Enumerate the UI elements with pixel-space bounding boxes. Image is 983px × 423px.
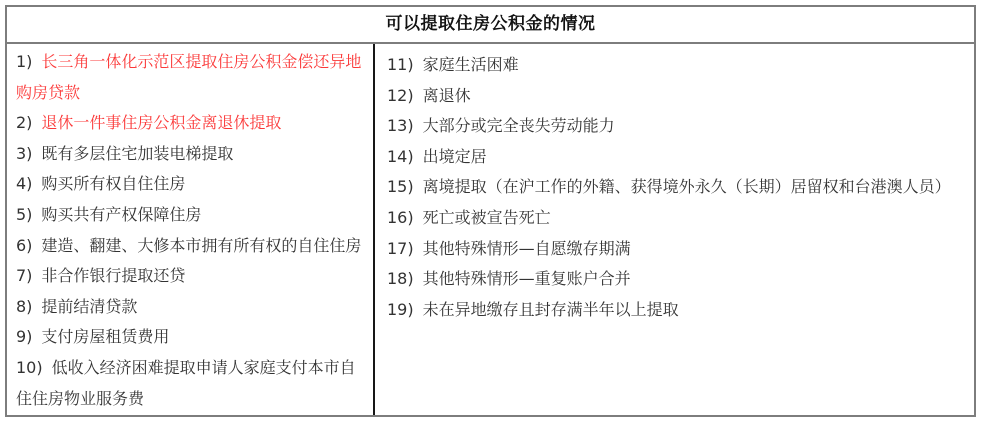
item-text: 长三角一体化示范区提取住房公积金偿还异地购房贷款 <box>16 52 361 102</box>
item-number: 13) <box>387 116 414 135</box>
list-item-8: 8)提前结清贷款 <box>16 292 365 323</box>
item-number: 10) <box>16 358 43 377</box>
list-item-5: 5)购买共有产权保障住房 <box>16 200 365 231</box>
right-column: 11)家庭生活困难 12)离退休 13)大部分或完全丧失劳动能力 14)出境定居… <box>375 44 974 415</box>
item-number: 2) <box>16 113 32 132</box>
list-item-11: 11)家庭生活困难 <box>387 50 964 81</box>
item-number: 14) <box>387 147 414 166</box>
item-number: 11) <box>387 55 414 74</box>
item-text: 出境定居 <box>423 147 487 166</box>
item-number: 3) <box>16 144 32 163</box>
item-number: 18) <box>387 269 414 288</box>
item-text: 退休一件事住房公积金离退休提取 <box>41 113 281 132</box>
item-number: 17) <box>387 239 414 258</box>
item-text: 离退休 <box>423 86 471 105</box>
item-text: 支付房屋租赁费用 <box>41 327 169 346</box>
table-body: 1)长三角一体化示范区提取住房公积金偿还异地购房贷款 2)退休一件事住房公积金离… <box>7 44 974 415</box>
item-text: 离境提取（在沪工作的外籍、获得境外永久（长期）居留权和台港澳人员） <box>423 177 951 196</box>
item-text: 购买共有产权保障住房 <box>41 205 201 224</box>
list-item-12: 12)离退休 <box>387 81 964 112</box>
item-text: 未在异地缴存且封存满半年以上提取 <box>423 300 679 319</box>
item-text: 既有多层住宅加装电梯提取 <box>41 144 233 163</box>
item-number: 7) <box>16 266 32 285</box>
item-text: 低收入经济困难提取申请人家庭支付本市自住住房物业服务费 <box>16 358 356 408</box>
list-item-7: 7)非合作银行提取还贷 <box>16 261 365 292</box>
list-item-19: 19)未在异地缴存且封存满半年以上提取 <box>387 295 964 326</box>
list-item-17: 17)其他特殊情形—自愿缴存期满 <box>387 234 964 265</box>
item-number: 6) <box>16 236 32 255</box>
item-number: 1) <box>16 52 32 71</box>
item-text: 死亡或被宣告死亡 <box>423 208 551 227</box>
list-item-16: 16)死亡或被宣告死亡 <box>387 203 964 234</box>
left-column: 1)长三角一体化示范区提取住房公积金偿还异地购房贷款 2)退休一件事住房公积金离… <box>7 44 375 415</box>
list-item-2: 2)退休一件事住房公积金离退休提取 <box>16 108 365 139</box>
item-number: 9) <box>16 327 32 346</box>
list-item-4: 4)购买所有权自住住房 <box>16 169 365 200</box>
item-text: 家庭生活困难 <box>423 55 519 74</box>
item-number: 5) <box>16 205 32 224</box>
list-item-3: 3)既有多层住宅加装电梯提取 <box>16 139 365 170</box>
item-number: 8) <box>16 297 32 316</box>
item-text: 其他特殊情形—重复账户合并 <box>423 269 631 288</box>
item-text: 提前结清贷款 <box>41 297 137 316</box>
item-number: 12) <box>387 86 414 105</box>
list-item-18: 18)其他特殊情形—重复账户合并 <box>387 264 964 295</box>
withdrawal-conditions-table: 可以提取住房公积金的情况 1)长三角一体化示范区提取住房公积金偿还异地购房贷款 … <box>5 5 976 417</box>
page: 可以提取住房公积金的情况 1)长三角一体化示范区提取住房公积金偿还异地购房贷款 … <box>0 0 983 423</box>
item-number: 19) <box>387 300 414 319</box>
list-item-6: 6)建造、翻建、大修本市拥有所有权的自住住房 <box>16 231 365 262</box>
list-item-15: 15)离境提取（在沪工作的外籍、获得境外永久（长期）居留权和台港澳人员） <box>387 172 964 203</box>
item-text: 大部分或完全丧失劳动能力 <box>423 116 615 135</box>
item-text: 建造、翻建、大修本市拥有所有权的自住住房 <box>41 236 361 255</box>
item-text: 其他特殊情形—自愿缴存期满 <box>423 239 631 258</box>
list-item-1: 1)长三角一体化示范区提取住房公积金偿还异地购房贷款 <box>16 47 365 108</box>
item-text: 购买所有权自住住房 <box>41 174 185 193</box>
list-item-9: 9)支付房屋租赁费用 <box>16 322 365 353</box>
list-item-14: 14)出境定居 <box>387 142 964 173</box>
item-text: 非合作银行提取还贷 <box>41 266 185 285</box>
item-number: 4) <box>16 174 32 193</box>
item-number: 15) <box>387 177 414 196</box>
list-item-13: 13)大部分或完全丧失劳动能力 <box>387 111 964 142</box>
item-number: 16) <box>387 208 414 227</box>
table-title: 可以提取住房公积金的情况 <box>7 7 974 44</box>
list-item-10: 10)低收入经济困难提取申请人家庭支付本市自住住房物业服务费 <box>16 353 365 414</box>
